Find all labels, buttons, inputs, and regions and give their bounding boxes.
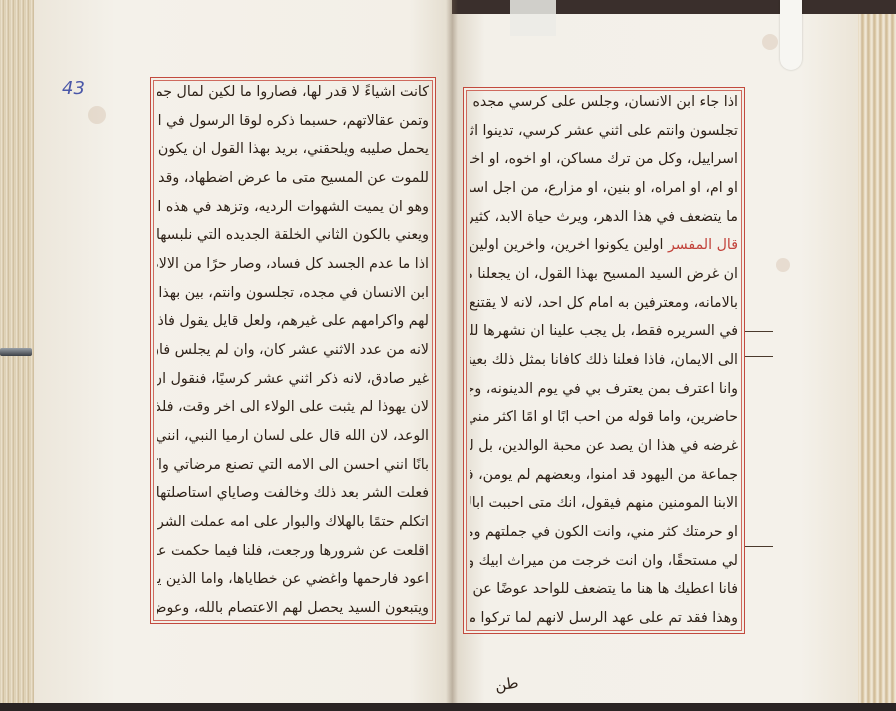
text-line: ابن الانسان في مجده، تجلسون وانتم، بين ب… [157, 283, 429, 304]
marginal-line [745, 331, 773, 332]
text-line: غير صادق، لانه ذكر اثني عشر كرسيًا، فنقو… [157, 369, 429, 390]
text-line: وهو ان يميت الشهوات الرديه، وتزهد في هذه… [157, 197, 429, 218]
text-line: لان يهوذا لم يثبت على الولاء الى اخر وقت… [157, 397, 429, 418]
text-line: تجلسون وانتم على اثني عشر كرسي، تدينوا ا… [470, 121, 738, 142]
text-line: جماعة من اليهود قد امنوا، وبعضهم لم يومن… [470, 465, 738, 486]
text-line: بالامانه، ومعترفين به امام كل احد، لانه … [470, 293, 738, 314]
metal-clip [0, 348, 32, 356]
text-line-with-rubric: قال المفسر اولين يكونوا اخرين، واخرين او… [470, 235, 738, 256]
right-text-frame: اذا جاء ابن الانسان، وجلس على كرسي مجده … [463, 87, 745, 634]
text-line: للموت عن المسيح متى ما عرض اضطهاد، وقد ي… [157, 168, 429, 189]
text-line: لهم واكرامهم على غيرهم، ولعل قايل يقول ف… [157, 311, 429, 332]
right-page-edges [858, 14, 896, 704]
folio-number: 43 [62, 78, 85, 99]
text-line: او حرمتك كثر مني، وانت الكون في جملتهم و… [470, 522, 738, 543]
text-line: اعود فارحمها واغضي عن خطاياها، واما الذي… [157, 569, 429, 590]
left-text-frame: كانت اشياءً لا قدر لها، فصاروا ما لكين ل… [150, 77, 436, 624]
stain-spot [88, 106, 106, 124]
text-line: فانا اعطيك ها هنا ما يتضعف للواحد عوضًا … [470, 579, 738, 600]
text-line: اذا جاء ابن الانسان، وجلس على كرسي مجده … [470, 92, 738, 113]
left-text-block: كانت اشياءً لا قدر لها، فصاروا ما لكين ل… [157, 82, 429, 619]
text-line: اذا ما عدم الجسد كل فساد، وصار حرًا من ا… [157, 254, 429, 275]
text-line: ويعني بالكون الثاني الخلقة الجديده التي … [157, 225, 429, 246]
text-line: اقلعت عن شرورها ورجعت، فلنا فيما حكمت عل… [157, 541, 429, 562]
text-line: اتكلم حتمًا بالهلاك والبوار على امه عملت… [157, 512, 429, 533]
background-surface [0, 703, 896, 711]
text-line: الابنا المومنين منهم فيقول، انك متى احبب… [470, 493, 738, 514]
text-line: اسراييل، وكل من ترك مساكن، او اخوه، او ا… [470, 149, 738, 170]
page-marker-tab [780, 0, 802, 70]
rubric-heading: قال المفسر [668, 237, 738, 253]
text-line: او ام، او امراه، او بنين، او مزارع، من ا… [470, 178, 738, 199]
stain-spot [776, 258, 790, 272]
text-line: فعلت الشر بعد ذلك وخالفت وصاياي استاصلته… [157, 483, 429, 504]
right-text-block: اذا جاء ابن الانسان، وجلس على كرسي مجده … [470, 92, 738, 629]
text-line: وهذا فقد تم على عهد الرسل لانهم لما تركو… [470, 608, 738, 629]
text-line: وتمن عقالاتهم، حسبما ذكره لوقا الرسول في… [157, 111, 429, 132]
catchword: طن [494, 673, 520, 694]
text-line: يحمل صليبه ويلحقني، بريد بهذا القول ان ي… [157, 139, 429, 160]
text-line: الى الايمان، فاذا فعلنا ذلك كافانا بمثل … [470, 350, 738, 371]
text-line: وانا اعترف بمن يعترف بي في يوم الدينونه،… [470, 379, 738, 400]
text-line: لانه من عدد الاثني عشر كان، وان لم يجلس … [157, 340, 429, 361]
text-line: ويتبعون السيد يحصل لهم الاعتصام بالله، و… [157, 598, 429, 619]
text-line: ان غرض السيد المسيح بهذا القول، ان يجعلن… [470, 264, 738, 285]
stain-spot [762, 34, 778, 50]
book-gutter [446, 0, 458, 711]
text-line: حاضرين، واما قوله من احب ابًا او امًا اك… [470, 407, 738, 428]
text-line: لي مستحقًا، وان انت خرجت من ميراث ابيك و… [470, 551, 738, 572]
text-line: الوعد، لان الله قال على لسان ارميا النبي… [157, 426, 429, 447]
text-segment: اولين يكونوا اخرين، واخرين اولين [470, 237, 663, 253]
marginal-line [745, 546, 773, 547]
text-line: ما يتضعف في هذا الدهر، ويرث حياة الابد، … [470, 207, 738, 228]
text-line: في السريره فقط، بل يجب علينا ان نشهرها ل… [470, 321, 738, 342]
text-line: غرضه في هذا ان يصد عن محبة الوالدين، بل … [470, 436, 738, 457]
marginal-line [745, 356, 773, 357]
manuscript-spread: 43 كانت اشياءً لا قدر لها، فصاروا ما لكي… [0, 0, 896, 711]
tape-strip [510, 0, 556, 36]
text-line: كانت اشياءً لا قدر لها، فصاروا ما لكين ل… [157, 82, 429, 103]
text-line: بانًا انني احسن الى الامه التي تصنع مرضا… [157, 455, 429, 476]
